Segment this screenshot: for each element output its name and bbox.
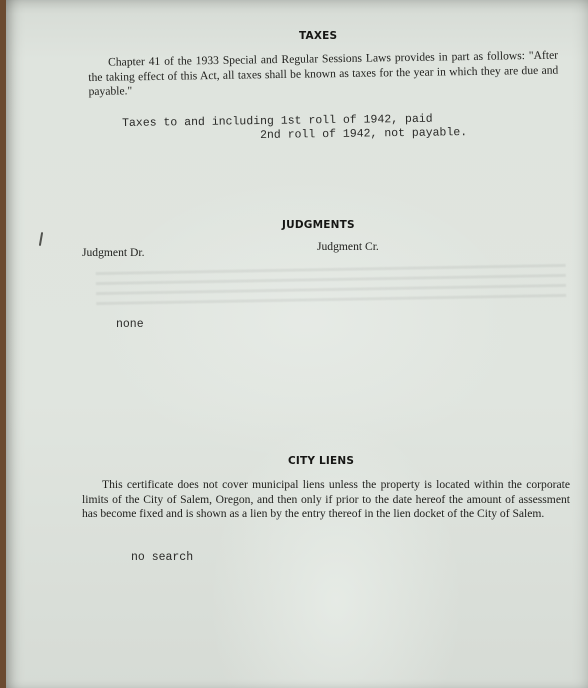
bleed-through-text bbox=[96, 264, 567, 312]
taxes-typed-line-2: 2nd roll of 1942, not payable. bbox=[260, 126, 467, 142]
judgments-typed-value: none bbox=[116, 318, 144, 331]
city-liens-typed-value: no search bbox=[131, 551, 193, 564]
city-liens-paragraph: This certificate does not cover municipa… bbox=[82, 478, 570, 522]
city-liens-paragraph-text: This certificate does not cover municipa… bbox=[82, 478, 570, 520]
taxes-paragraph-text: Chapter 41 of the 1933 Special and Regul… bbox=[88, 49, 558, 98]
taxes-paragraph: Chapter 41 of the 1933 Special and Regul… bbox=[88, 49, 559, 100]
taxes-heading: TAXES bbox=[299, 30, 337, 42]
city-liens-heading: CITY LIENS bbox=[288, 455, 354, 467]
judgment-debtor-label: Judgment Dr. bbox=[82, 246, 144, 261]
pencil-mark bbox=[39, 232, 43, 246]
document-page: TAXES Chapter 41 of the 1933 Special and… bbox=[6, 0, 588, 688]
judgments-heading: JUDGMENTS bbox=[282, 219, 355, 231]
judgment-creditor-label: Judgment Cr. bbox=[317, 240, 379, 255]
